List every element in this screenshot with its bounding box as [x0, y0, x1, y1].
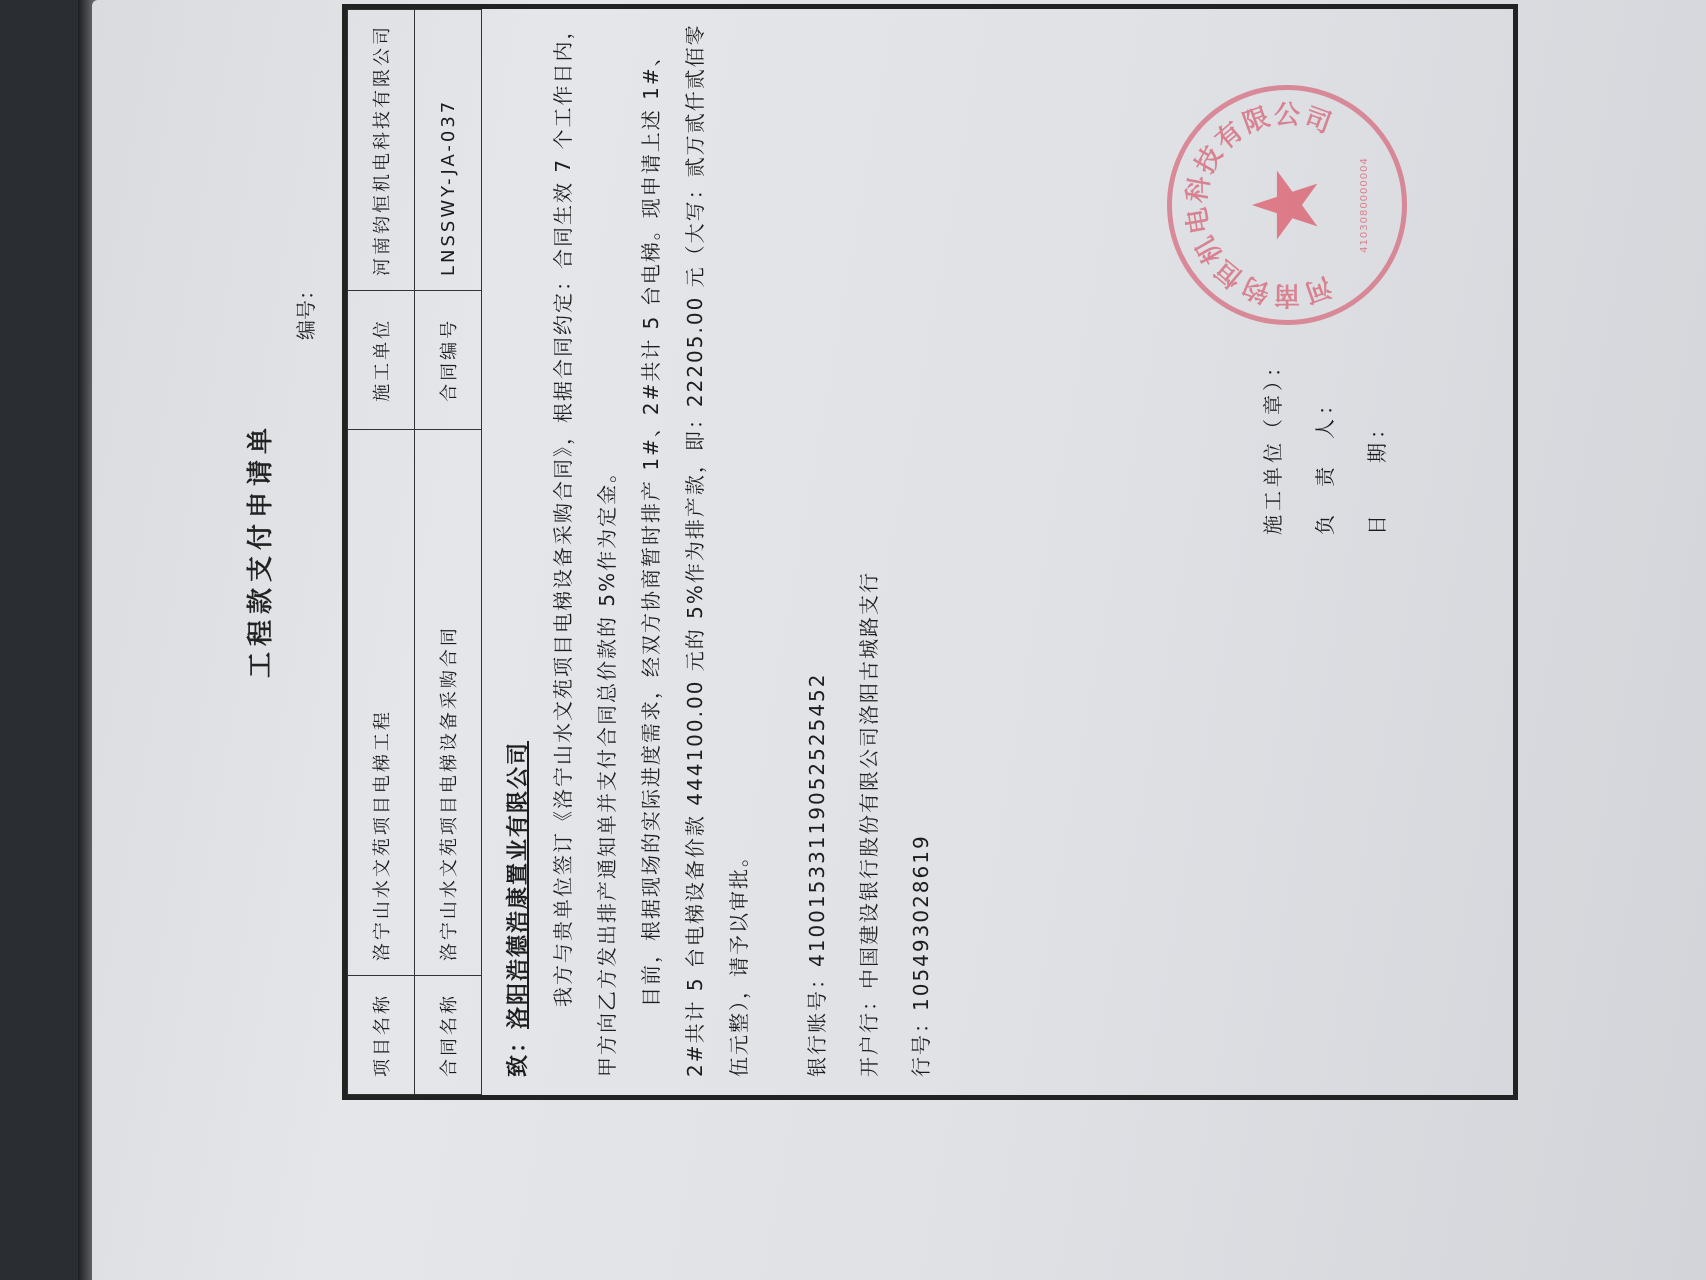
bank-name: 中国建设银行股份有限公司洛阳古城路支行: [857, 571, 881, 989]
form-frame: 项目名称 洛宁山水文苑项目电梯工程 施工单位 河南钧恒机电科技有限公司 合同名称…: [342, 4, 1518, 1100]
bank-account: 41001533119052525452: [805, 673, 829, 968]
contractor-label: 施工单位: [348, 291, 415, 430]
signature-block: 施工单位（章）： 负 责 人： 日 期：: [1247, 353, 1403, 535]
bank-account-line: 银行账号：41001533119052525452: [791, 17, 843, 1077]
addressee-prefix: 致：: [506, 1029, 531, 1077]
date-label: 日 期：: [1351, 353, 1403, 535]
paragraph-payment-request: 目前，根据现场的实际进度需求，经双方协商暂时排产 1#、2#共计 5 台电梯。现…: [629, 17, 761, 1077]
contract-name-label: 合同名称: [415, 976, 482, 1095]
star-icon: ★: [1242, 165, 1332, 246]
bank-name-line: 开户行：中国建设银行股份有限公司洛阳古城路支行: [843, 17, 895, 1077]
document-page: 工程款支付申请单 编号： 项目名称 洛宁山水文苑项目电梯工程 施工单位 河南钧恒…: [240, 0, 1560, 1100]
info-table: 项目名称 洛宁山水文苑项目电梯工程 施工单位 河南钧恒机电科技有限公司 合同名称…: [347, 9, 482, 1095]
contract-name-value: 洛宁山水文苑项目电梯设备采购合同: [415, 429, 482, 975]
addressee: 洛阳浩德浩康置业有限公司: [506, 741, 531, 1029]
seal-code: 4103080000004: [1359, 90, 1370, 320]
contract-number-value: LNSSWY-JA-037: [415, 10, 482, 291]
project-name-value: 洛宁山水文苑项目电梯工程: [348, 429, 415, 975]
table-row: 合同名称 洛宁山水文苑项目电梯设备采购合同 合同编号 LNSSWY-JA-037: [415, 10, 482, 1095]
contractor-value: 河南钧恒机电科技有限公司: [348, 10, 415, 291]
responsible-person-label: 负 责 人：: [1299, 353, 1351, 535]
contract-number-label: 合同编号: [415, 291, 482, 430]
project-name-label: 项目名称: [348, 976, 415, 1095]
document-title: 工程款支付申请单: [240, 0, 277, 1100]
addressee-line: 致：洛阳浩德浩康置业有限公司: [497, 17, 541, 1077]
serial-number-label: 编号：: [290, 280, 319, 340]
paragraph-contract-terms: 我方与贵单位签订《洛宁山水文苑项目电梯设备采购合同》，根据合同约定：合同生效 7…: [541, 17, 629, 1077]
bank-details: 银行账号：41001533119052525452 开户行：中国建设银行股份有限…: [791, 17, 947, 1077]
company-seal: 河南钧恒机电科技有限公司 ★ 4103080000004: [1167, 85, 1407, 325]
unit-seal-label: 施工单位（章）：: [1247, 353, 1299, 535]
table-row: 项目名称 洛宁山水文苑项目电梯工程 施工单位 河南钧恒机电科技有限公司: [348, 10, 415, 1095]
body-text: 致：洛阳浩德浩康置业有限公司 我方与贵单位签订《洛宁山水文苑项目电梯设备采购合同…: [497, 17, 947, 1077]
bank-code: 105493028619: [909, 834, 933, 1011]
bank-code-line: 行号：105493028619: [895, 17, 947, 1077]
